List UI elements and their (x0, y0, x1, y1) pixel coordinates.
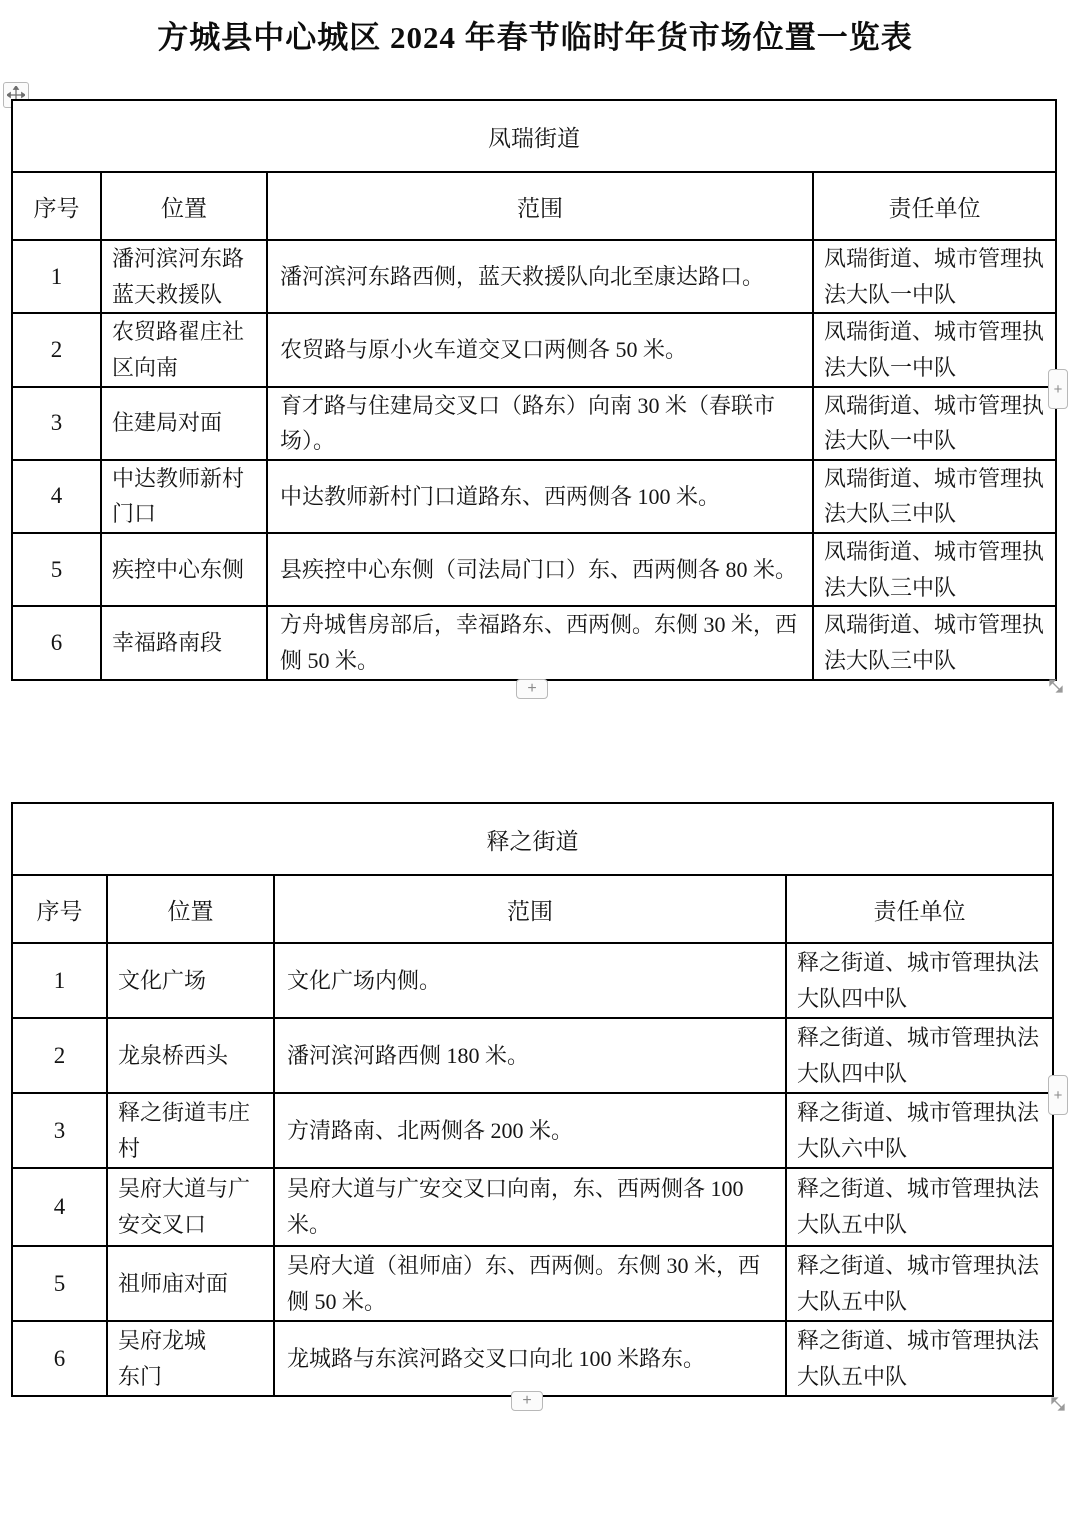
table-row: 5 疾控中心东侧 县疾控中心东侧（司法局门口）东、西两侧各 80 米。 凤瑞街道… (12, 533, 1056, 606)
page-title: 方城县中心城区 2024 年春节临时年货市场位置一览表 (0, 12, 1070, 57)
table-resize-handle[interactable] (1046, 676, 1066, 696)
row-unit: 释之街道、城市管理执法大队五中队 (786, 1168, 1053, 1246)
table-row: 5 祖师庙对面 吴府大道（祖师庙）东、西两侧。东侧 30 米，西侧 50 米。 … (12, 1246, 1053, 1321)
row-location: 龙泉桥西头 (107, 1018, 274, 1093)
row-unit: 凤瑞街道、城市管理执法大队三中队 (813, 606, 1056, 679)
col-header-unit: 责任单位 (786, 875, 1053, 943)
col-header-unit: 责任单位 (813, 172, 1056, 240)
col-header-range: 范围 (267, 172, 813, 240)
row-location: 幸福路南段 (101, 606, 267, 679)
row-no: 6 (12, 606, 101, 679)
insert-row-button[interactable]: + (516, 679, 548, 699)
table-row: 2 农贸路翟庄社区向南 农贸路与原小火车道交叉口两侧各 50 米。 凤瑞街道、城… (12, 313, 1056, 386)
row-unit: 释之街道、城市管理执法大队六中队 (786, 1093, 1053, 1168)
table-resize-handle[interactable] (1048, 1394, 1068, 1414)
table-row: 4 吴府大道与广安交叉口 吴府大道与广安交叉口向南，东、西两侧各 100 米。 … (12, 1168, 1053, 1246)
market-table-fengrui: 凤瑞街道 序号 位置 范围 责任单位 1 潘河滨河东路蓝天救援队 潘河滨河东路西… (11, 99, 1057, 681)
table-row: 2 龙泉桥西头 潘河滨河路西侧 180 米。 释之街道、城市管理执法大队四中队 (12, 1018, 1053, 1093)
table-row: 6 幸福路南段 方舟城售房部后，幸福路东、西两侧。东侧 30 米，西侧 50 米… (12, 606, 1056, 679)
row-no: 1 (12, 943, 107, 1018)
col-header-location: 位置 (107, 875, 274, 943)
table-row: 4 中达教师新村门口 中达教师新村门口道路东、西两侧各 100 米。 凤瑞街道、… (12, 460, 1056, 533)
table-caption: 释之街道 (12, 803, 1053, 875)
row-range: 中达教师新村门口道路东、西两侧各 100 米。 (267, 460, 813, 533)
row-range: 方舟城售房部后，幸福路东、西两侧。东侧 30 米，西侧 50 米。 (267, 606, 813, 679)
row-range: 龙城路与东滨河路交叉口向北 100 米路东。 (274, 1321, 786, 1396)
row-range: 潘河滨河路西侧 180 米。 (274, 1018, 786, 1093)
table-row: 1 潘河滨河东路蓝天救援队 潘河滨河东路西侧，蓝天救援队向北至康达路口。 凤瑞街… (12, 240, 1056, 313)
row-location: 潘河滨河东路蓝天救援队 (101, 240, 267, 313)
row-no: 3 (12, 387, 101, 460)
row-range: 育才路与住建局交叉口（路东）向南 30 米（春联市场）。 (267, 387, 813, 460)
row-range: 农贸路与原小火车道交叉口两侧各 50 米。 (267, 313, 813, 386)
row-location: 农贸路翟庄社区向南 (101, 313, 267, 386)
row-range: 潘河滨河东路西侧，蓝天救援队向北至康达路口。 (267, 240, 813, 313)
table-row: 1 文化广场 文化广场内侧。 释之街道、城市管理执法大队四中队 (12, 943, 1053, 1018)
row-location: 吴府大道与广安交叉口 (107, 1168, 274, 1246)
row-no: 3 (12, 1093, 107, 1168)
table-row: 6 吴府龙城 东门 龙城路与东滨河路交叉口向北 100 米路东。 释之街道、城市… (12, 1321, 1053, 1396)
row-no: 6 (12, 1321, 107, 1396)
row-unit: 凤瑞街道、城市管理执法大队一中队 (813, 240, 1056, 313)
row-no: 2 (12, 1018, 107, 1093)
col-header-no: 序号 (12, 875, 107, 943)
row-range: 文化广场内侧。 (274, 943, 786, 1018)
table-caption: 凤瑞街道 (12, 100, 1056, 172)
row-unit: 释之街道、城市管理执法大队四中队 (786, 1018, 1053, 1093)
row-location: 祖师庙对面 (107, 1246, 274, 1321)
row-location: 疾控中心东侧 (101, 533, 267, 606)
row-unit: 凤瑞街道、城市管理执法大队一中队 (813, 313, 1056, 386)
col-header-range: 范围 (274, 875, 786, 943)
row-range: 吴府大道与广安交叉口向南，东、西两侧各 100 米。 (274, 1168, 786, 1246)
insert-column-button[interactable]: + (1048, 369, 1068, 409)
resize-diagonal-icon (1048, 678, 1064, 694)
row-location: 文化广场 (107, 943, 274, 1018)
col-header-no: 序号 (12, 172, 101, 240)
row-no: 2 (12, 313, 101, 386)
row-location: 吴府龙城 东门 (107, 1321, 274, 1396)
table-row: 3 释之街道韦庄村 方清路南、北两侧各 200 米。 释之街道、城市管理执法大队… (12, 1093, 1053, 1168)
row-unit: 释之街道、城市管理执法大队五中队 (786, 1321, 1053, 1396)
row-range: 方清路南、北两侧各 200 米。 (274, 1093, 786, 1168)
row-no: 5 (12, 1246, 107, 1321)
row-unit: 凤瑞街道、城市管理执法大队一中队 (813, 387, 1056, 460)
insert-column-button[interactable]: + (1048, 1075, 1068, 1115)
row-range: 吴府大道（祖师庙）东、西两侧。东侧 30 米，西侧 50 米。 (274, 1246, 786, 1321)
market-table-shizhi: 释之街道 序号 位置 范围 责任单位 1 文化广场 文化广场内侧。 释之街道、城… (11, 802, 1054, 1397)
row-unit: 释之街道、城市管理执法大队四中队 (786, 943, 1053, 1018)
row-no: 4 (12, 460, 101, 533)
row-location: 中达教师新村门口 (101, 460, 267, 533)
row-location: 住建局对面 (101, 387, 267, 460)
row-range: 县疾控中心东侧（司法局门口）东、西两侧各 80 米。 (267, 533, 813, 606)
insert-row-button[interactable]: + (511, 1391, 543, 1411)
col-header-location: 位置 (101, 172, 267, 240)
row-location: 释之街道韦庄村 (107, 1093, 274, 1168)
table-row: 3 住建局对面 育才路与住建局交叉口（路东）向南 30 米（春联市场）。 凤瑞街… (12, 387, 1056, 460)
row-no: 4 (12, 1168, 107, 1246)
row-unit: 凤瑞街道、城市管理执法大队三中队 (813, 533, 1056, 606)
row-unit: 凤瑞街道、城市管理执法大队三中队 (813, 460, 1056, 533)
row-no: 1 (12, 240, 101, 313)
resize-diagonal-icon (1050, 1396, 1066, 1412)
row-no: 5 (12, 533, 101, 606)
row-unit: 释之街道、城市管理执法大队五中队 (786, 1246, 1053, 1321)
